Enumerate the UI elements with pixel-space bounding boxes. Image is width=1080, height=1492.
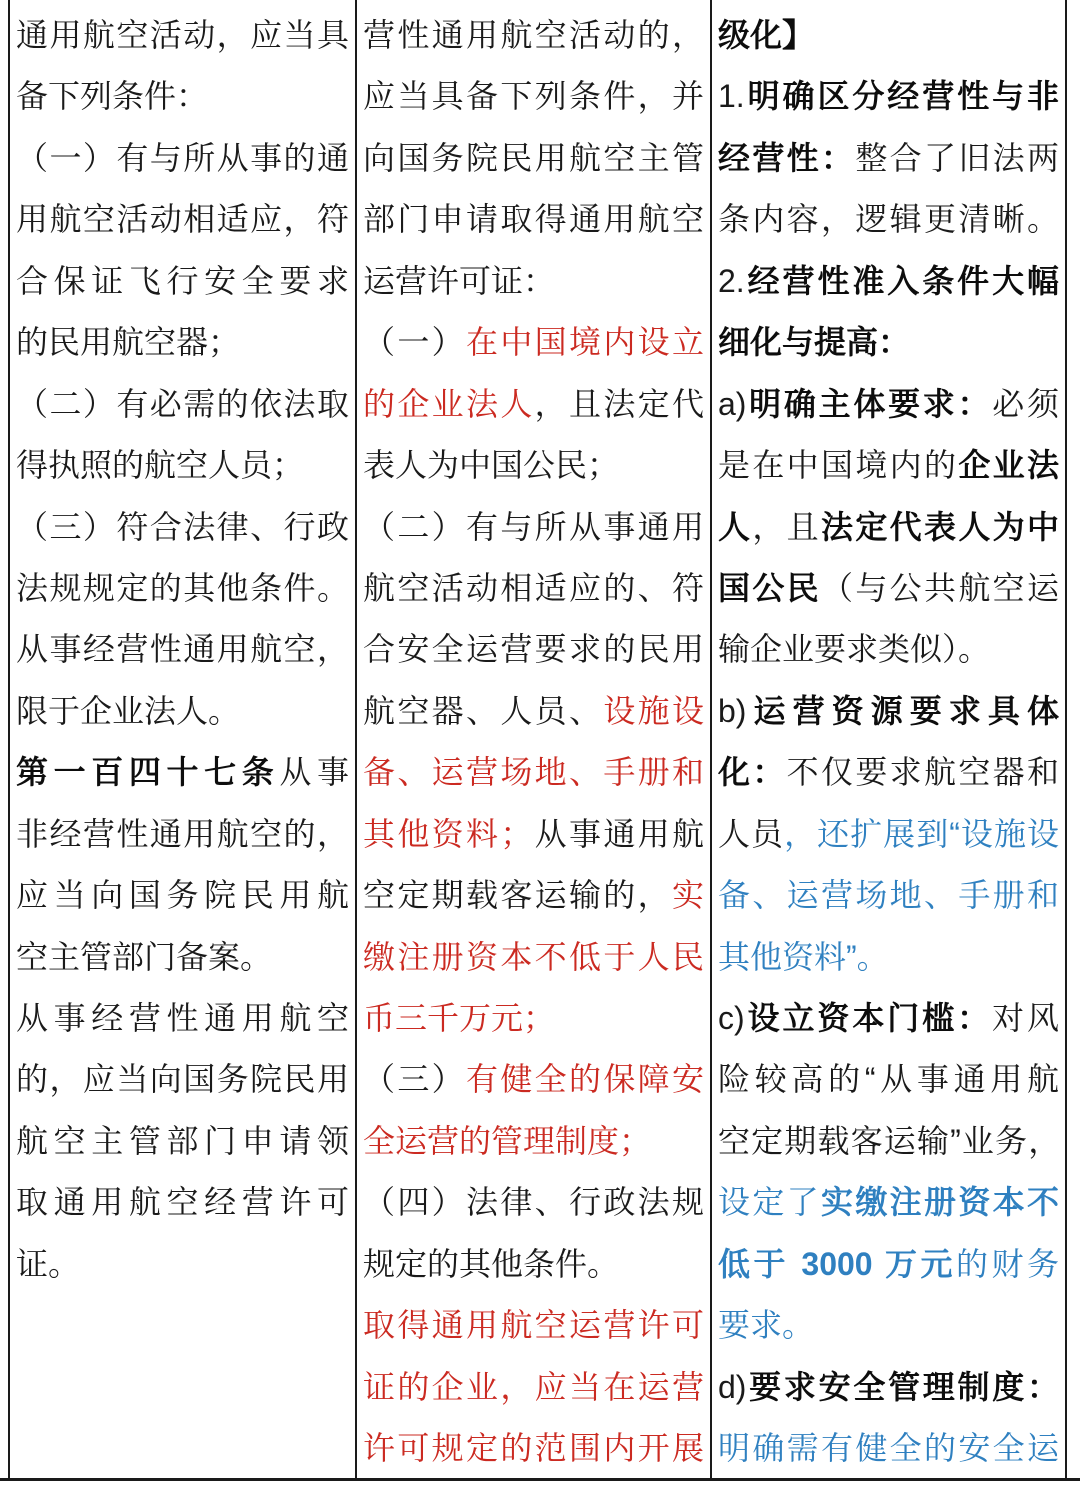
text-line: 备、运营场地、手册和 [363,742,704,803]
text-line: a)明确主体要求：必须 [718,374,1059,435]
text-line: 许可规定的范围内开展 [363,1418,704,1478]
text-segment-k: 不仅要求航空器和 [787,754,1059,790]
text-segment-k: 通用航空活动，应当具 [16,17,349,53]
text-line: 的企业法人，且法定代 [363,374,704,435]
text-line: 部门申请取得通用航空 [363,189,704,250]
text-segment-k: （四）法律、行政法规 [363,1184,704,1220]
text-segment-k: 是在中国境内的 [718,447,958,483]
text-line: c)设立资本门槛：对风 [718,988,1059,1049]
text-segment-k: 取通用航空经营许可 [16,1184,349,1220]
text-segment-b: 备、运营场地、手册和 [718,877,1059,913]
text-segment-k: 空主管部门备案。 [16,939,272,975]
column-new-law-text: 营性通用航空活动的，应当具备下列条件，并向国务院民用航空主管部门申请取得通用航空… [357,0,712,1478]
text-segment-k: 运营许可证： [363,263,555,299]
text-line: 1.明确区分经营性与非 [718,66,1059,127]
text-segment-k: 得执照的航空人员； [16,447,304,483]
text-line: 低于 3000 万元的财务 [718,1234,1059,1295]
text-segment-k: a) [718,386,746,422]
text-segment-kb: 经营性准入条件大幅 [745,263,1059,299]
text-line: 向国务院民用航空主管 [363,128,704,189]
text-line: （三）符合法律、行政 [16,497,349,558]
text-segment-k: 航空器、人员、 [363,693,603,729]
text-segment-k: 向国务院民用航空主管 [363,140,704,176]
text-line: 人员，还扩展到“设施设 [718,804,1059,865]
text-segment-kb: 化： [718,754,787,790]
text-segment-kb: 细化与提高： [718,324,910,360]
text-line: 币三千万元； [363,988,704,1049]
text-segment-b: ，还扩展到“设施设 [784,816,1059,852]
text-segment-r: 币三千万元； [363,1000,555,1036]
text-segment-r: 有健全的保障安 [466,1061,704,1097]
text-line: 空定期载客运输的，实 [363,865,704,926]
text-line: 取通用航空经营许可 [16,1172,349,1233]
text-line: 得执照的航空人员； [16,435,349,496]
text-line: 证的企业，应当在运营 [363,1357,704,1418]
text-segment-k: 输企业要求类似）。 [718,631,990,667]
text-segment-r: 的企业法人 [363,386,535,422]
text-segment-k: b) [718,693,746,729]
table-bottom-border [0,1478,1080,1481]
text-segment-k: 航空主管部门申请领 [16,1123,349,1159]
text-line: 备、运营场地、手册和 [718,865,1059,926]
text-line: 空定期载客运输”业务， [718,1111,1059,1172]
text-segment-r: 取得通用航空运营许可 [363,1307,704,1343]
law-comparison-table: 通用航空活动，应当具备下列条件：（一）有与所从事的通用航空活动相适应，符合保证飞… [8,0,1067,1478]
text-segment-b: 设定了 [718,1184,821,1220]
text-line: （一）在中国境内设立 [363,312,704,373]
text-line: 第一百四十七条从事 [16,742,349,803]
text-segment-kb: 法定代表人为中 [821,509,1059,545]
text-segment-k: 用航空活动相适应，符 [16,201,349,237]
text-segment-b: 的财务 [956,1246,1059,1282]
text-segment-kb: 国公民 [718,570,821,606]
text-segment-k: （二）有必需的依法取 [16,386,349,422]
text-line: 险较高的“从事通用航 [718,1049,1059,1110]
text-segment-k: 从事经营性通用航空 [16,1000,349,1036]
text-segment-kb: 企业法 [958,447,1059,483]
text-segment-k: 的，应当向国务院民用 [16,1061,349,1097]
text-segment-k: 应当具备下列条件，并 [363,78,704,114]
text-segment-k: 限于企业法人。 [16,693,240,729]
text-line: 用航空活动相适应，符 [16,189,349,250]
text-line: （四）法律、行政法规 [363,1172,704,1233]
text-segment-kb: 明确区分经营性与非 [745,78,1059,114]
text-segment-k: 的民用航空器； [16,324,240,360]
text-segment-kb: 人 [718,509,752,545]
text-line: 空主管部门备案。 [16,927,349,988]
text-segment-k: 1. [718,78,745,114]
text-line: 条内容，逻辑更清晰。 [718,189,1059,250]
text-line: （三）有健全的保障安 [363,1049,704,1110]
text-line: 化：不仅要求航空器和 [718,742,1059,803]
text-segment-k: 对风 [992,1000,1059,1036]
text-line: 取得通用航空运营许可 [363,1295,704,1356]
column-analysis-text: 级化】1.明确区分经营性与非经营性：整合了旧法两条内容，逻辑更清晰。2.经营性准… [712,0,1065,1478]
text-segment-r: 设施设 [603,693,704,729]
text-line: 设定了实缴注册资本不 [718,1172,1059,1233]
text-line: 运营许可证： [363,251,704,312]
text-segment-b: 明确需有健全的安全运 [718,1430,1059,1466]
text-line: 细化与提高： [718,312,1059,373]
text-segment-kb: 设立资本门槛： [745,1000,992,1036]
text-line: 2.经营性准入条件大幅 [718,251,1059,312]
law-comparison-page: 通用航空活动，应当具备下列条件：（一）有与所从事的通用航空活动相适应，符合保证飞… [0,0,1080,1492]
text-segment-k: 非经营性通用航空的， [16,816,349,852]
text-line: 缴注册资本不低于人民 [363,927,704,988]
text-segment-kb: 运营资源要求具体 [746,693,1059,729]
text-line: 限于企业法人。 [16,681,349,742]
text-segment-k: （一） [363,324,466,360]
text-segment-k: 备下列条件： [16,78,208,114]
text-segment-k: 规定的其他条件。 [363,1246,619,1282]
text-segment-bb: 低于 3000 万元 [718,1246,956,1282]
text-segment-k: 条内容，逻辑更清晰。 [718,201,1059,237]
text-segment-k: 空定期载客运输的， [363,877,672,913]
text-segment-k: 从事经营性通用航空， [16,631,349,667]
text-segment-r: 备、运营场地、手册和 [363,754,704,790]
text-segment-kb: 要求安全管理制度： [746,1369,1059,1405]
column-old-law-text: 通用航空活动，应当具备下列条件：（一）有与所从事的通用航空活动相适应，符合保证飞… [10,0,357,1478]
text-segment-k: （与公共航空运 [821,570,1059,606]
text-segment-k: 证。 [16,1246,80,1282]
text-segment-r: 实 [672,877,704,913]
text-line: 规定的其他条件。 [363,1234,704,1295]
text-line: 表人为中国公民； [363,435,704,496]
text-line: 合保证飞行安全要求 [16,251,349,312]
text-segment-k: 部门申请取得通用航空 [363,201,704,237]
text-line: 航空主管部门申请领 [16,1111,349,1172]
text-line: 人，且法定代表人为中 [718,497,1059,558]
text-segment-r: 证的企业，应当在运营 [363,1369,704,1405]
text-segment-r: 在中国境内设立 [466,324,704,360]
text-segment-k: c) [718,1000,745,1036]
text-line: 经营性：整合了旧法两 [718,128,1059,189]
text-line: 要求。 [718,1295,1059,1356]
text-line: 明确需有健全的安全运 [718,1418,1059,1478]
text-segment-k: ，且 [752,509,821,545]
text-line: 合安全运营要求的民用 [363,619,704,680]
text-segment-k: 营性通用航空活动的， [363,17,704,53]
text-segment-k: 2. [718,263,745,299]
text-line: 航空器、人员、设施设 [363,681,704,742]
text-line: 的民用航空器； [16,312,349,373]
text-segment-kb: 第一百四十七条 [16,754,279,790]
text-segment-k: 从事 [279,754,349,790]
text-segment-k: 从事通用航 [532,816,704,852]
text-line: d)要求安全管理制度： [718,1357,1059,1418]
text-segment-k: （一）有与所从事的通 [16,140,349,176]
text-segment-k: d) [718,1369,746,1405]
text-segment-k: 应当向国务院民用航 [16,877,349,913]
text-segment-k: 合安全运营要求的民用 [363,631,704,667]
text-line: 是在中国境内的企业法 [718,435,1059,496]
text-line: 法规规定的其他条件。 [16,558,349,619]
text-segment-r: 许可规定的范围内开展 [363,1430,704,1466]
text-line: 国公民（与公共航空运 [718,558,1059,619]
text-line: b)运营资源要求具体 [718,681,1059,742]
text-line: 证。 [16,1234,349,1295]
text-line: 应当向国务院民用航 [16,865,349,926]
text-segment-k: 表人为中国公民； [363,447,619,483]
text-segment-k: 必须 [992,386,1059,422]
text-line: （一）有与所从事的通 [16,128,349,189]
text-line: 输企业要求类似）。 [718,619,1059,680]
text-line: 从事经营性通用航空 [16,988,349,1049]
text-segment-k: 合保证飞行安全要求 [16,263,349,299]
text-segment-k: ，且法定代 [535,386,704,422]
text-line: 其他资料”。 [718,927,1059,988]
text-segment-r: 其他资料； [363,816,532,852]
text-segment-b: 要求。 [718,1307,814,1343]
text-line: （二）有与所从事通用 [363,497,704,558]
text-line: 级化】 [718,5,1059,66]
text-line: 的，应当向国务院民用 [16,1049,349,1110]
text-segment-k: 空定期载客运输”业务， [718,1123,1059,1159]
text-segment-k: （二）有与所从事通用 [363,509,704,545]
text-line: 通用航空活动，应当具 [16,5,349,66]
text-line: （二）有必需的依法取 [16,374,349,435]
text-segment-kb: 级化】 [718,17,814,53]
text-segment-kb: 经营性： [718,140,855,176]
text-segment-r: 缴注册资本不低于人民 [363,939,704,975]
text-segment-kb: 明确主体要求： [746,386,992,422]
text-segment-b: 其他资料”。 [718,939,889,975]
text-segment-k: （三） [363,1061,466,1097]
text-line: 航空活动相适应的、符 [363,558,704,619]
text-line: 营性通用航空活动的， [363,5,704,66]
text-line: 其他资料；从事通用航 [363,804,704,865]
text-line: 非经营性通用航空的， [16,804,349,865]
text-segment-r: 全运营的管理制度； [363,1123,651,1159]
text-segment-k: 整合了旧法两 [855,140,1059,176]
text-line: 应当具备下列条件，并 [363,66,704,127]
text-segment-k: （三）符合法律、行政 [16,509,349,545]
text-line: 全运营的管理制度； [363,1111,704,1172]
text-segment-bb: 实缴注册资本不 [821,1184,1059,1220]
text-segment-k: 法规规定的其他条件。 [16,570,349,606]
text-segment-k: 险较高的“从事通用航 [718,1061,1059,1097]
text-segment-k: 航空活动相适应的、符 [363,570,704,606]
text-line: 备下列条件： [16,66,349,127]
text-segment-k: 人员 [718,816,784,852]
text-line: 从事经营性通用航空， [16,619,349,680]
